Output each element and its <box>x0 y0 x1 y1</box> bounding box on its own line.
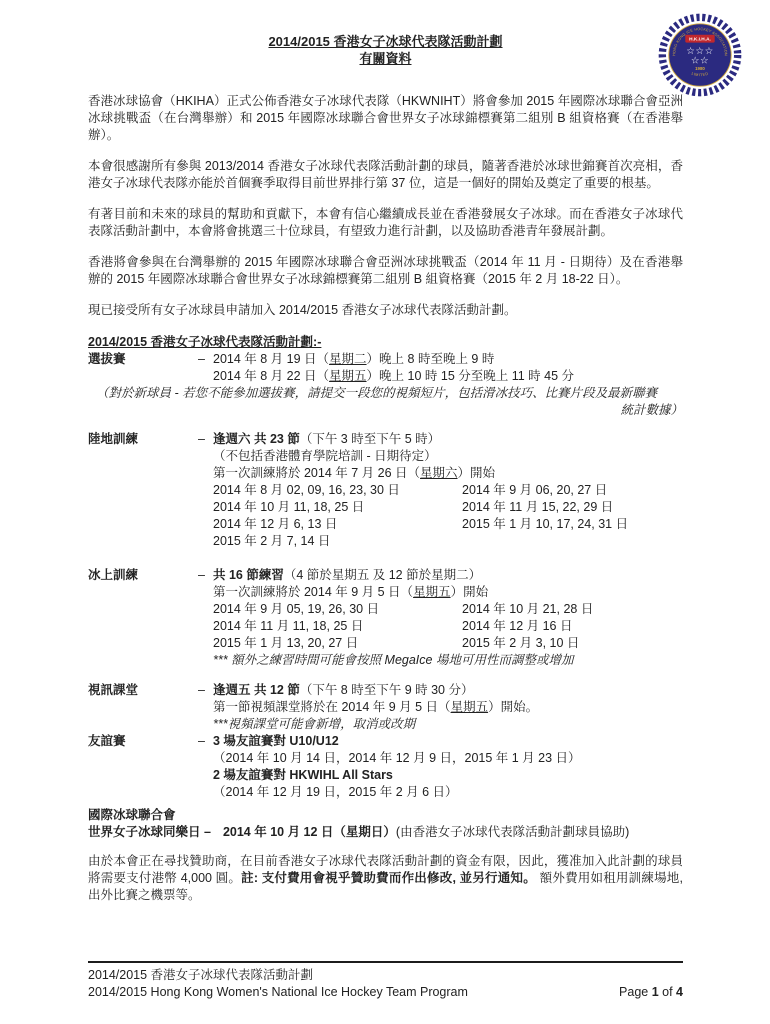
onice-dates-row: 2014 年 11 月 11, 18, 25 日2014 年 12 月 16 日 <box>88 618 683 635</box>
intro-paragraph-2: 本會很感謝所有參與 2013/2014 香港女子冰球代表隊活動計劃的球員，隨著香… <box>88 158 683 192</box>
onice-line-2: 第一次訓練將於 2014 年 9 月 5 日（星期五）開始 <box>88 584 683 601</box>
weekday-underlined: 星期五 <box>329 369 367 383</box>
schedule-row-friendly: 友誼賽 – 3 場友誼賽對 U10/U12 <box>88 733 683 750</box>
iihf-heading: 國際冰球聯合會 <box>88 807 683 824</box>
dash: – <box>198 567 213 584</box>
date-cell: 2014 年 9 月 05, 19, 26, 30 日 <box>213 601 462 618</box>
dryland-dates-row: 2014 年 10 月 11, 18, 25 日2014 年 11 月 15, … <box>88 499 683 516</box>
friendly-line-4: （2014 年 12 月 19 日，2015 年 2 月 6 日） <box>88 784 683 801</box>
date-cell: 2014 年 10 月 11, 18, 25 日 <box>213 499 462 516</box>
weekday-underlined: 星期六 <box>420 466 458 480</box>
dash: – <box>198 682 213 699</box>
weekday-underlined: 星期五 <box>451 700 489 714</box>
onice-dates-row: 2014 年 9 月 05, 19, 26, 30 日2014 年 10 月 2… <box>88 601 683 618</box>
iihf-row: 世界女子冰球同樂日 – 2014 年 10 月 12 日（星期日）(由香港女子冰… <box>88 824 683 841</box>
page-subtitle: 有關資料 <box>88 50 683 67</box>
date-cell: 2014 年 12 月 16 日 <box>462 618 683 635</box>
weekday-underlined: 星期五 <box>413 585 451 599</box>
date-cell: 2014 年 12 月 6, 13 日 <box>213 516 462 533</box>
video-head: 逢週五 共 12 節（下午 8 時至下午 9 時 30 分） <box>213 682 683 699</box>
onice-note: *** 額外之練習時間可能會按照 MegaIce 場地可用性而調整或增加 <box>88 652 683 669</box>
section-label-tryout: 選拔賽 <box>88 351 198 368</box>
intro-paragraph-1: 香港冰球協會（HKIHA）正式公佈香港女子冰球代表隊（HKWNIHT）將會參加 … <box>88 93 683 144</box>
friendly-line-2: （2014 年 10 月 14 日，2014 年 12 月 9 日，2015 年… <box>88 750 683 767</box>
page-title: 2014/2015 香港女子冰球代表隊活動計劃 <box>88 33 683 50</box>
onice-dates-row: 2015 年 1 月 13, 20, 27 日2015 年 2 月 3, 10 … <box>88 635 683 652</box>
date-cell <box>462 533 683 550</box>
schedule-row-dryland: 陸地訓練 – 逢週六 共 23 節（下午 3 時至下午 5 時） <box>88 431 683 448</box>
date-cell: 2014 年 8 月 02, 09, 16, 23, 30 日 <box>213 482 462 499</box>
section-label-friendly: 友誼賽 <box>88 733 198 750</box>
dryland-dates-row: 2014 年 12 月 6, 13 日2015 年 1 月 10, 17, 24… <box>88 516 683 533</box>
date-cell: 2014 年 10 月 21, 28 日 <box>462 601 683 618</box>
footer-title-zh: 2014/2015 香港女子冰球代表隊活動計劃 <box>88 967 683 984</box>
schedule-heading: 2014/2015 香港女子冰球代表隊活動計劃:- <box>88 334 683 351</box>
iihf-label: 世界女子冰球同樂日 – <box>88 824 211 841</box>
tryout-line-2: 2014 年 8 月 22 日（星期五）晚上 10 時 15 分至晚上 11 時… <box>88 368 683 385</box>
section-label-onice: 冰上訓練 <box>88 567 198 584</box>
tryout-note-line-1: （對於新球員 - 若您不能參加選拔賽，請提交一段您的視頻短片，包括滑冰技巧、比賽… <box>88 385 683 402</box>
video-line-2: 第一節視頻課堂將於在 2014 年 9 月 5 日（星期五）開始。 <box>88 699 683 716</box>
logo-year: 1980 <box>695 66 705 71</box>
intro-paragraph-4: 香港將會參與在台灣舉辦的 2015 年國際冰球聯合會亞洲冰球挑戰盃（2014 年… <box>88 254 683 288</box>
date-cell: 2015 年 1 月 10, 17, 24, 31 日 <box>462 516 683 533</box>
onice-head: 共 16 節練習（4 節於星期五 及 12 節於星期二） <box>213 567 683 584</box>
section-label-dryland: 陸地訓練 <box>88 431 198 448</box>
video-note: ***視頻課堂可能會新增，取消或改期 <box>88 716 683 733</box>
dryland-dates-row: 2014 年 8 月 02, 09, 16, 23, 30 日2014 年 9 … <box>88 482 683 499</box>
dryland-line-3: 第一次訓練將於 2014 年 7 月 26 日（星期六）開始 <box>88 465 683 482</box>
schedule-row-onice: 冰上訓練 – 共 16 節練習（4 節於星期五 及 12 節於星期二） <box>88 567 683 584</box>
schedule-row-tryout: 選拔賽 – 2014 年 8 月 19 日（星期二）晚上 8 時至晚上 9 時 <box>88 351 683 368</box>
funding-paragraph: 由於本會正在尋找贊助商，在目前香港女子冰球代表隊活動計劃的資金有限，因此，獲准加… <box>88 853 683 904</box>
tryout-line-1: 2014 年 8 月 19 日（星期二）晚上 8 時至晚上 9 時 <box>213 351 683 368</box>
intro-paragraph-5: 現已接受所有女子冰球員申請加入 2014/2015 香港女子冰球代表隊活動計劃。 <box>88 302 683 319</box>
dash: – <box>198 351 213 368</box>
dryland-head: 逢週六 共 23 節（下午 3 時至下午 5 時） <box>213 431 683 448</box>
page-indicator: Page 1 of 4 <box>619 984 683 1001</box>
date-cell: 2015 年 1 月 13, 20, 27 日 <box>213 635 462 652</box>
dash: – <box>198 431 213 448</box>
logo-stars-bottom: ☆☆ <box>691 55 709 66</box>
tryout-note-line-2: 統計數據） <box>88 402 683 419</box>
friendly-line-1: 3 場友誼賽對 U10/U12 <box>213 733 683 750</box>
date-cell: 2015 年 2 月 3, 10 日 <box>462 635 683 652</box>
section-label-video: 視訊課堂 <box>88 682 198 699</box>
page-footer: 2014/2015 香港女子冰球代表隊活動計劃 2014/2015 Hong K… <box>88 961 683 1001</box>
date-cell: 2014 年 9 月 06, 20, 27 日 <box>462 482 683 499</box>
logo-banner-text: H.K.I.H.A. <box>689 37 711 43</box>
footer-title-en: 2014/2015 Hong Kong Women's National Ice… <box>88 984 468 1001</box>
dryland-dates-row: 2015 年 2 月 7, 14 日 <box>88 533 683 550</box>
date-cell: 2014 年 11 月 11, 18, 25 日 <box>213 618 462 635</box>
dryland-line-2: （不包括香港體育學院培訓 - 日期待定） <box>88 448 683 465</box>
friendly-line-3: 2 場友誼賽對 HKWIHL All Stars <box>88 767 683 784</box>
dash: – <box>198 733 213 750</box>
weekday-underlined: 星期二 <box>329 352 367 366</box>
document-page: HONG KONG ICE HOCKEY ASSOCIATION H.K.I.H… <box>0 0 770 1024</box>
date-cell: 2014 年 11 月 15, 22, 29 日 <box>462 499 683 516</box>
iihf-date-line: 2014 年 10 月 12 日（星期日）(由香港女子冰球代表隊活動計劃球員協助… <box>223 824 629 841</box>
schedule-row-video: 視訊課堂 – 逢週五 共 12 節（下午 8 時至下午 9 時 30 分） <box>88 682 683 699</box>
intro-paragraph-3: 有著目前和未來的球員的幫助和貢獻下，本會有信心繼續成長並在香港發展女子冰球。而在… <box>88 206 683 240</box>
date-cell: 2015 年 2 月 7, 14 日 <box>213 533 462 550</box>
